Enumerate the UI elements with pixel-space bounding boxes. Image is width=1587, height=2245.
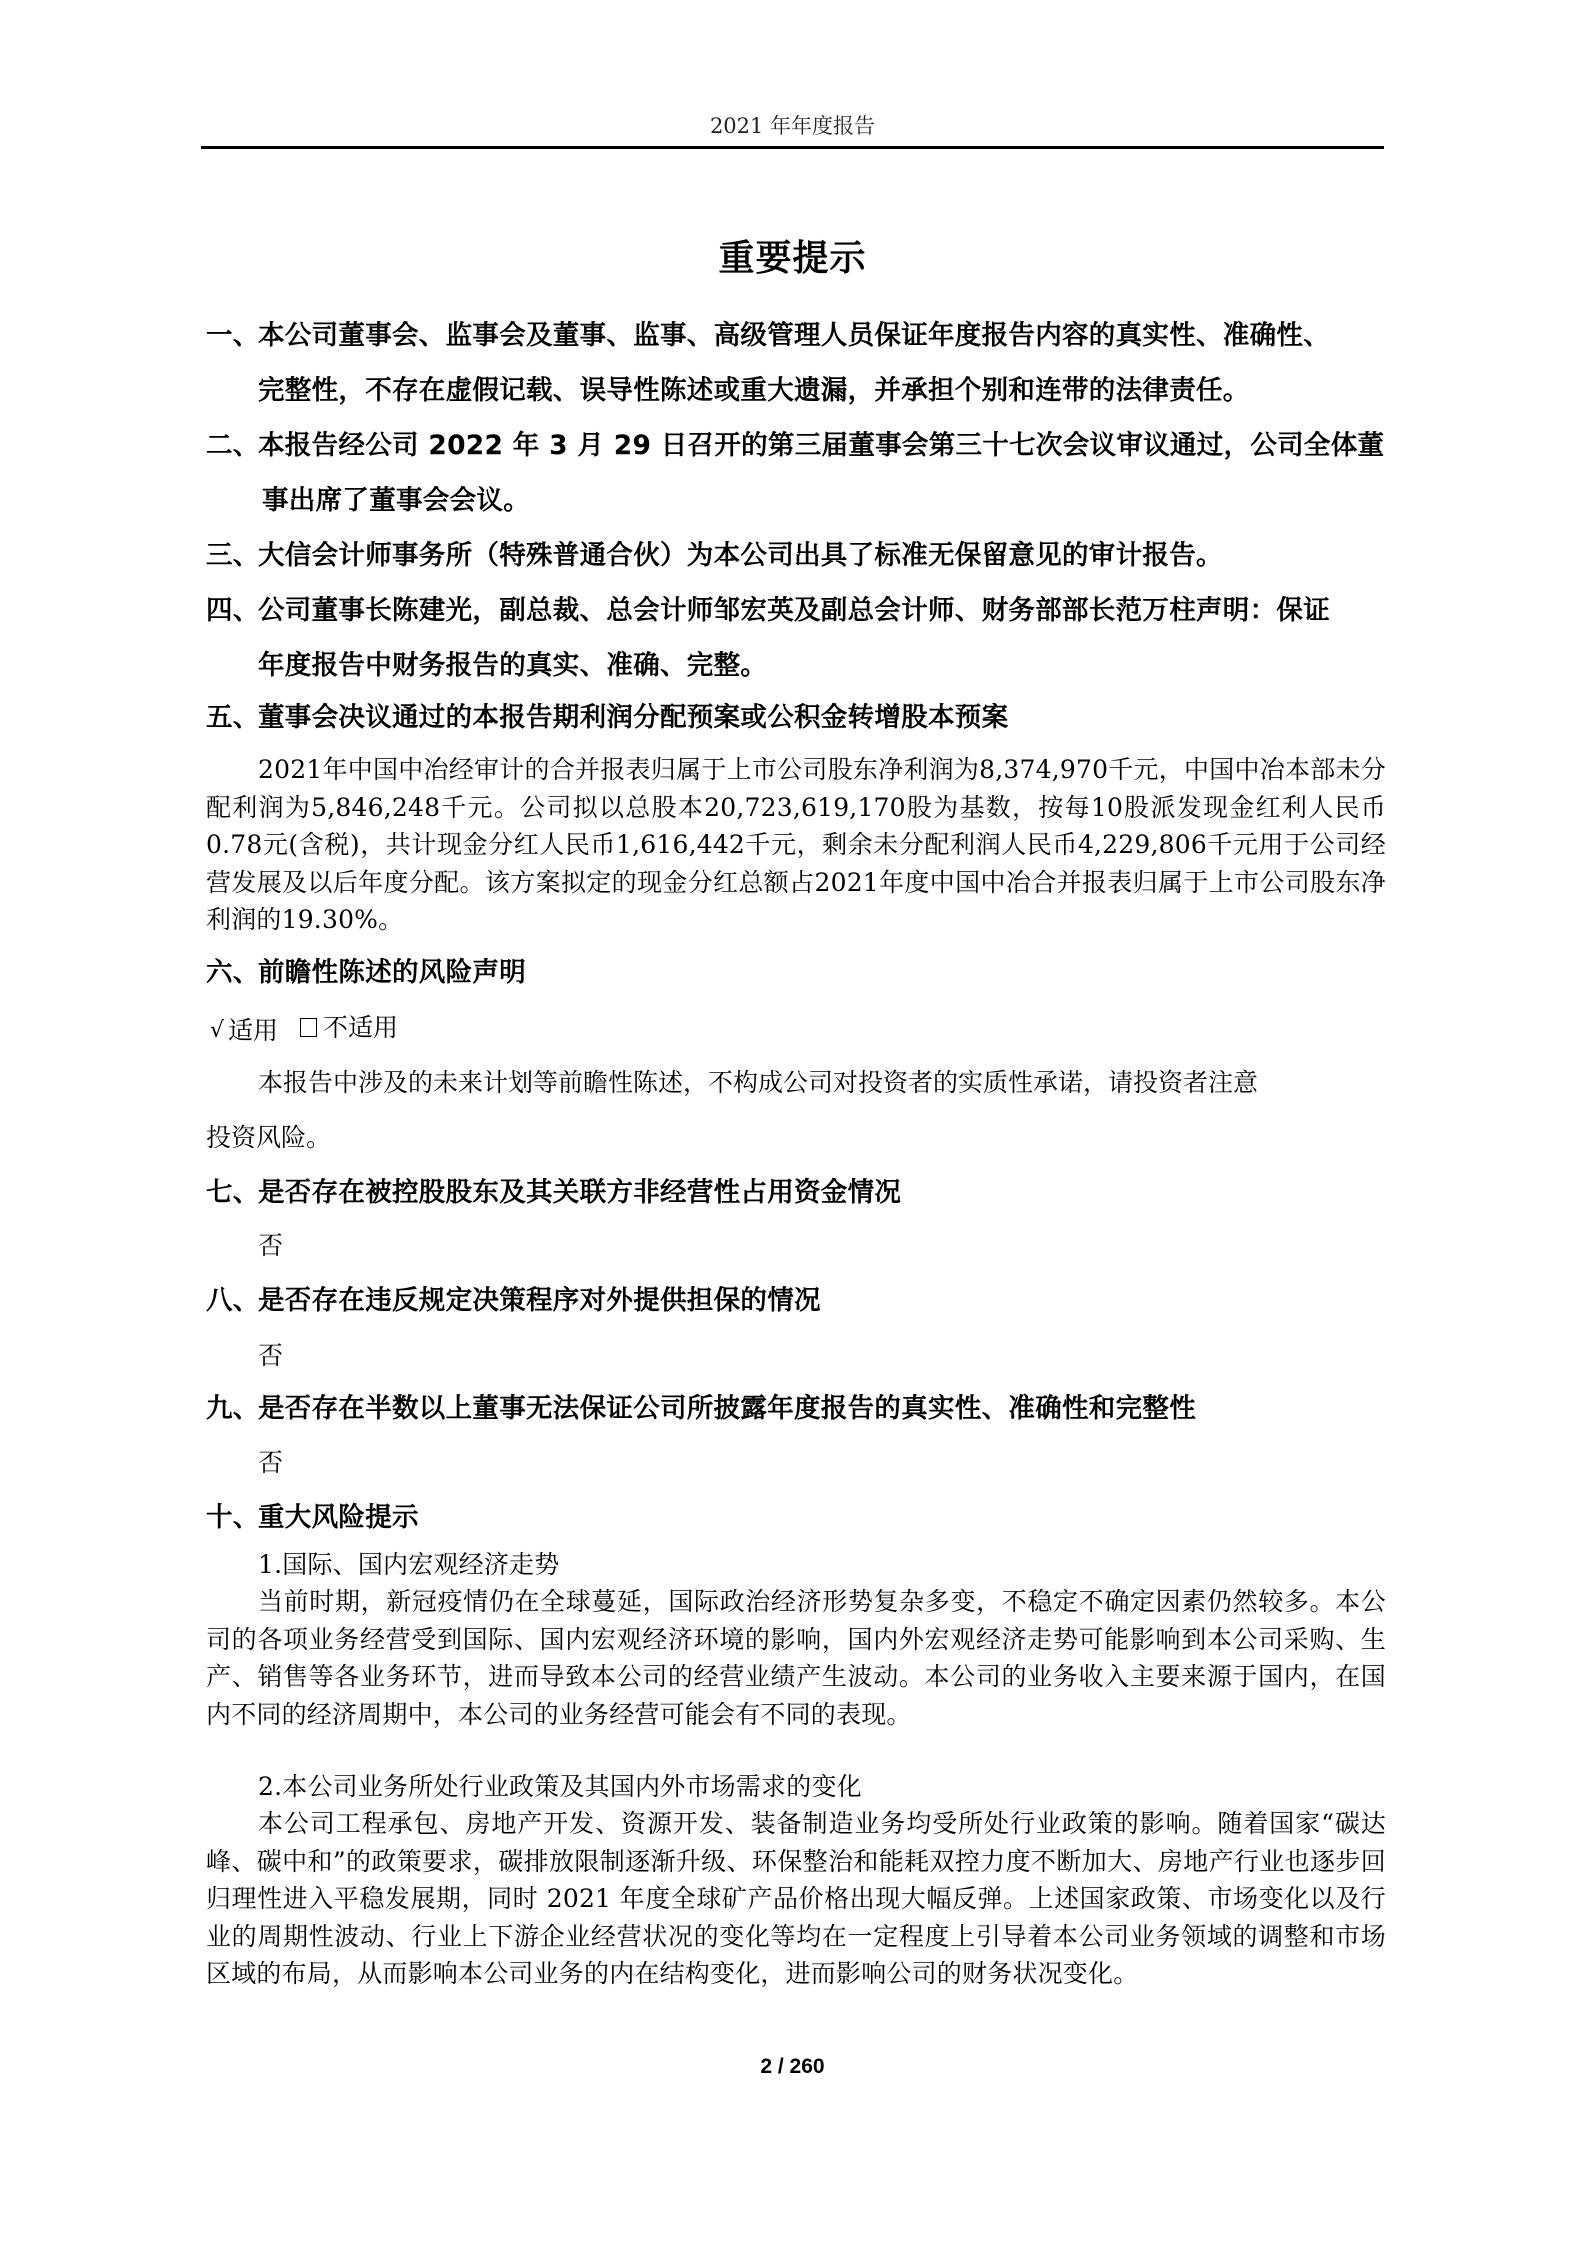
section-1-heading: 一、本公司董事会、监事会及董事、监事、高级管理人员保证年度报告内容的真实性、准确… bbox=[206, 308, 1386, 363]
section-1-continuation: 完整性，不存在虚假记载、误导性陈述或重大遗漏，并承担个别和连带的法律责任。 bbox=[258, 363, 1388, 418]
page-number: 2 / 260 bbox=[201, 2055, 1384, 2079]
risk-2-title: 2.本公司业务所处行业政策及其国内外市场需求的变化 bbox=[206, 1768, 1386, 1806]
document-page: 2021 年年度报告 重要提示 一、本公司董事会、监事会及董事、监事、高级管理人… bbox=[0, 0, 1587, 2245]
section-number: 一、 bbox=[206, 308, 258, 363]
section-number: 八、 bbox=[206, 1273, 258, 1328]
section-number: 九、 bbox=[206, 1381, 258, 1436]
forward-looking-statement-line-1: 本报告中涉及的未来计划等前瞻性陈述，不构成公司对投资者的实质性承诺，请投资者注意 bbox=[258, 1055, 1438, 1110]
section-7-heading: 七、是否存在被控股股东及其关联方非经营性占用资金情况 bbox=[206, 1165, 1386, 1220]
section-number: 六、 bbox=[206, 945, 258, 1000]
section-2-heading: 二、本报告经公司 2022 年 3 月 29 日召开的第三届董事会第三十七次会议… bbox=[206, 418, 1386, 473]
section-5-heading: 五、董事会决议通过的本报告期利润分配预案或公积金转增股本预案 bbox=[206, 690, 1386, 745]
section-6-heading: 六、前瞻性陈述的风险声明 bbox=[206, 945, 1386, 1000]
empty-checkbox-icon bbox=[300, 1018, 317, 1037]
section-7-answer: 否 bbox=[258, 1218, 1438, 1273]
section-number: 十、 bbox=[206, 1490, 258, 1545]
header-rule bbox=[201, 146, 1384, 149]
risk-1-body: 当前时期，新冠疫情仍在全球蔓延，国际政治经济形势复杂多变，不稳定不确定因素仍然较… bbox=[206, 1583, 1386, 1733]
section-10-heading: 十、重大风险提示 bbox=[206, 1490, 1386, 1545]
risk-2-body: 本公司工程承包、房地产开发、资源开发、装备制造业务均受所处行业政策的影响。随着国… bbox=[206, 1805, 1386, 1993]
section-2-continuation: 事出席了董事会会议。 bbox=[262, 473, 1392, 528]
risk-1-title: 1.国际、国内宏观经济走势 bbox=[206, 1546, 1386, 1584]
profit-distribution-paragraph: 2021年中国中冶经审计的合并报表归属于上市公司股东净利润为8,374,970千… bbox=[206, 751, 1386, 939]
section-text: 前瞻性陈述的风险声明 bbox=[258, 957, 526, 988]
section-8-answer: 否 bbox=[258, 1328, 1438, 1383]
section-number: 二、 bbox=[206, 418, 258, 473]
section-text: 公司董事长陈建光，副总裁、总会计师邹宏英及副总会计师、财务部部长范万柱声明：保证 bbox=[258, 595, 1330, 626]
running-header: 2021 年年度报告 bbox=[201, 110, 1384, 140]
section-text: 大信会计师事务所（特殊普通合伙）为本公司出具了标准无保留意见的审计报告。 bbox=[258, 540, 1223, 571]
section-text: 是否存在违反规定决策程序对外提供担保的情况 bbox=[258, 1285, 821, 1316]
section-text: 重大风险提示 bbox=[258, 1502, 419, 1533]
section-number: 三、 bbox=[206, 528, 258, 583]
section-number: 四、 bbox=[206, 583, 258, 638]
section-4-heading: 四、公司董事长陈建光，副总裁、总会计师邹宏英及副总会计师、财务部部长范万柱声明：… bbox=[206, 583, 1386, 638]
section-text: 是否存在半数以上董事无法保证公司所披露年度报告的真实性、准确性和完整性 bbox=[258, 1393, 1196, 1424]
section-4-continuation: 年度报告中财务报告的真实、准确、完整。 bbox=[258, 638, 1388, 693]
option-label: 不适用 bbox=[323, 1000, 398, 1055]
option-applicable: √ 适用 bbox=[210, 1003, 278, 1058]
section-number: 七、 bbox=[206, 1165, 258, 1220]
section-3-heading: 三、大信会计师事务所（特殊普通合伙）为本公司出具了标准无保留意见的审计报告。 bbox=[206, 528, 1386, 583]
checkmark-icon: √ bbox=[210, 1003, 224, 1058]
section-text: 本公司董事会、监事会及董事、监事、高级管理人员保证年度报告内容的真实性、准确性、 bbox=[258, 320, 1330, 351]
section-8-heading: 八、是否存在违反规定决策程序对外提供担保的情况 bbox=[206, 1273, 1386, 1328]
section-text: 本报告经公司 2022 年 3 月 29 日召开的第三届董事会第三十七次会议审议… bbox=[258, 430, 1384, 461]
page-title: 重要提示 bbox=[201, 230, 1384, 281]
section-text: 是否存在被控股股东及其关联方非经营性占用资金情况 bbox=[258, 1177, 901, 1208]
applicability-options: √ 适用 不适用 bbox=[210, 1000, 1390, 1058]
option-not-applicable: 不适用 bbox=[300, 1000, 398, 1055]
section-number: 五、 bbox=[206, 690, 258, 745]
option-label: 适用 bbox=[228, 1003, 278, 1058]
section-9-heading: 九、是否存在半数以上董事无法保证公司所披露年度报告的真实性、准确性和完整性 bbox=[206, 1381, 1386, 1436]
section-9-answer: 否 bbox=[258, 1435, 1438, 1490]
section-text: 董事会决议通过的本报告期利润分配预案或公积金转增股本预案 bbox=[258, 702, 1008, 733]
forward-looking-statement-line-2: 投资风险。 bbox=[206, 1110, 1386, 1165]
